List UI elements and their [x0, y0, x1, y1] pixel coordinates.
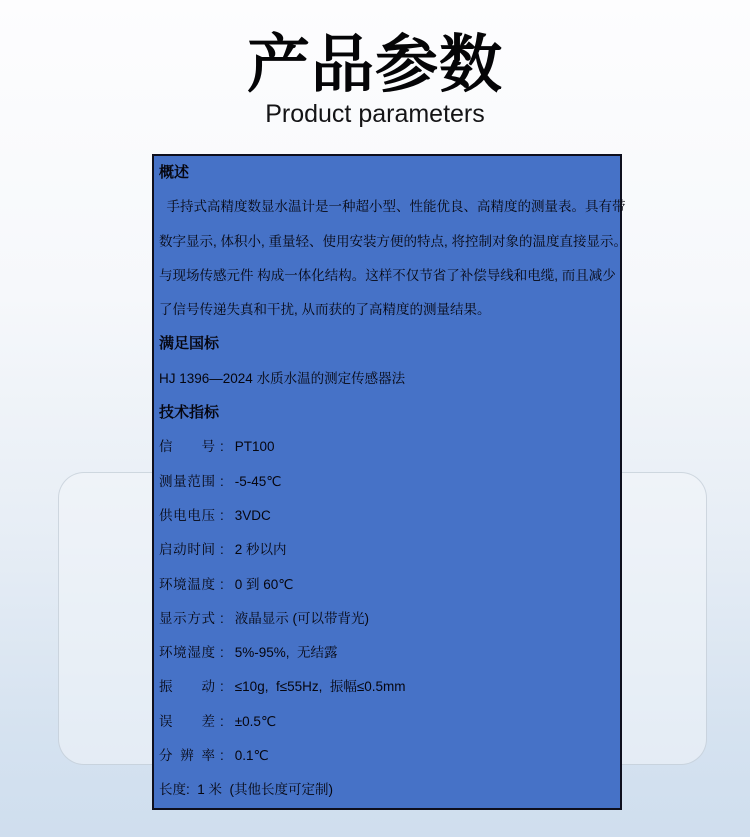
spec-value: 3VDC [235, 508, 271, 523]
spec-colon: : [220, 430, 224, 464]
spec-value: 液晶显示 (可以带背光) [235, 611, 369, 626]
spec-row-vibration: 振动:≤10g, f≤55Hz, 振幅≤0.5mm [159, 670, 620, 704]
spec-row-humidity: 环境湿度:5%-95%, 无结露 [159, 636, 620, 670]
page-subtitle: Product parameters [0, 101, 750, 129]
page-header: 产品参数 Product parameters [0, 30, 750, 128]
spec-label: 显示方式 [159, 602, 215, 636]
spec-colon: : [220, 499, 224, 533]
spec-colon: : [220, 636, 224, 670]
spec-row-ambient-temp: 环境温度:0 到 60℃ [159, 568, 620, 602]
spec-colon: : [220, 602, 224, 636]
overview-line: 与现场传感元件 构成一体化结构。这样不仅节省了补偿导线和电缆, 而且减少 [159, 259, 620, 293]
spec-value: ≤10g, f≤55Hz, 振幅≤0.5mm [235, 679, 406, 694]
page-title: 产品参数 [0, 30, 750, 101]
spec-value: 2 秒以内 [235, 542, 287, 557]
specs-heading: 技术指标 [159, 396, 620, 430]
spec-label: 环境温度 [159, 568, 215, 602]
spec-row-startup: 启动时间:2 秒以内 [159, 533, 620, 567]
spec-value: PT100 [235, 439, 275, 454]
spec-label: 振动 [159, 670, 215, 704]
overview-line: 数字显示, 体积小, 重量轻、使用安装方便的特点, 将控制对象的温度直接显示。 [159, 225, 620, 259]
spec-label: 信号 [159, 430, 215, 464]
spec-row-range: 测量范围:-5-45℃ [159, 465, 620, 499]
spec-value: 0.1℃ [235, 748, 269, 763]
spec-row-length: 长度: 1 米 (其他长度可定制) [159, 773, 620, 807]
spec-label: 测量范围 [159, 465, 215, 499]
spec-value: 5%-95%, 无结露 [235, 645, 338, 660]
spec-label: 分辨率 [159, 739, 215, 773]
spec-value: -5-45℃ [235, 474, 282, 489]
overview-line: 了信号传递失真和干扰, 从而获的了高精度的测量结果。 [159, 293, 620, 327]
spec-row-signal: 信号:PT100 [159, 430, 620, 464]
spec-colon: : [220, 533, 224, 567]
standard-text: HJ 1396—2024 水质水温的测定传感器法 [159, 362, 620, 396]
spec-value: ±0.5℃ [235, 714, 276, 729]
spec-label: 环境湿度 [159, 636, 215, 670]
spec-label: 供电电压 [159, 499, 215, 533]
spec-row-display: 显示方式:液晶显示 (可以带背光) [159, 602, 620, 636]
spec-colon: : [220, 705, 224, 739]
spec-colon: : [220, 465, 224, 499]
spec-row-voltage: 供电电压:3VDC [159, 499, 620, 533]
spec-colon: : [220, 670, 224, 704]
spec-label: 启动时间 [159, 533, 215, 567]
overview-heading: 概述 [159, 156, 620, 190]
standard-heading: 满足国标 [159, 327, 620, 361]
product-parameters-page: 产品参数 Product parameters 概述 手持式高精度数显水温计是一… [0, 0, 750, 837]
spec-colon: : [220, 739, 224, 773]
spec-colon: : [220, 568, 224, 602]
spec-row-resolution: 分辨率:0.1℃ [159, 739, 620, 773]
spec-value: 0 到 60℃ [235, 577, 294, 592]
spec-row-error: 误差:±0.5℃ [159, 705, 620, 739]
spec-label: 误差 [159, 705, 215, 739]
overview-line: 手持式高精度数显水温计是一种超小型、性能优良、高精度的测量表。具有带 [159, 190, 620, 224]
spec-panel: 概述 手持式高精度数显水温计是一种超小型、性能优良、高精度的测量表。具有带 数字… [152, 154, 622, 810]
